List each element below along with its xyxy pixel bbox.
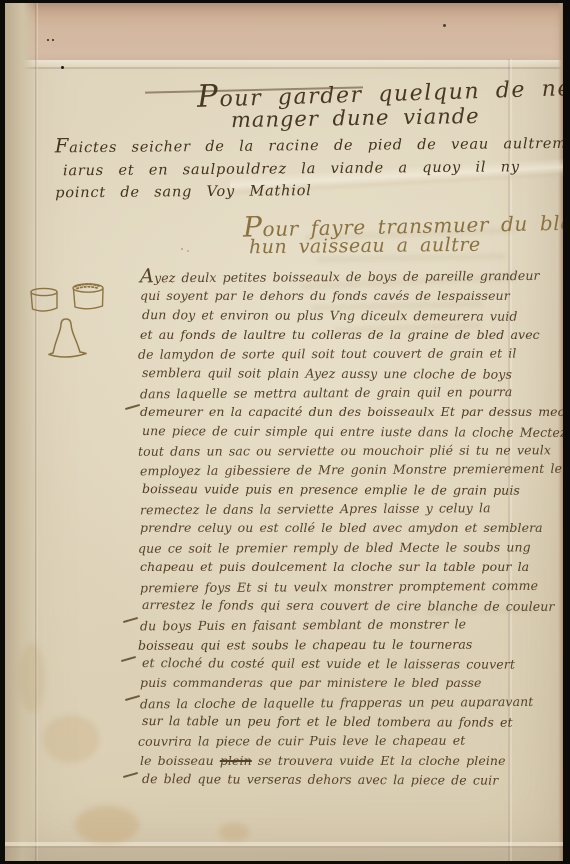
recipe2-line: de lamydon de sorte quil soit tout couve… <box>138 344 563 365</box>
recipe1-line: poinct de sang Voy Mathiol <box>55 178 563 205</box>
margin-tick <box>121 656 136 662</box>
recipe2-line: dun doy et environ ou plus Vng diceulx d… <box>142 305 563 326</box>
recipe2-line: tout dans un sac ou serviette ou mouchoi… <box>138 440 563 461</box>
ink-speck <box>443 24 446 27</box>
recipe2-line: semblera quil soit plain Ayez aussy une … <box>142 363 563 384</box>
foxing-stain <box>43 715 99 763</box>
recipe2-paragraph: Ayez deulx petites boisseaulx de boys de… <box>140 265 563 789</box>
bushel-box-empty-sketch <box>31 288 57 311</box>
horizontal-crease-shadow <box>5 67 563 69</box>
recipe1-title-line2: manger dune viande <box>231 104 480 132</box>
gutter-fold-line <box>35 3 38 861</box>
recipe2-line: que ce soit le premier remply de bled Me… <box>138 537 563 558</box>
recipe2-line: une piece de cuir simple qui entre iuste… <box>142 421 563 442</box>
recipe2-line: employez la gibessiere de Mre gonin Mons… <box>140 459 563 481</box>
margin-tick <box>123 772 138 778</box>
margin-tick <box>125 404 140 410</box>
margin-tick <box>125 695 140 701</box>
ink-dot <box>47 39 49 41</box>
recipe1-paragraph: Faictes seicher de la racine de pied de … <box>55 131 563 205</box>
foxing-stain <box>75 806 139 844</box>
manuscript-page: Pour garder quelqun de ne manger dune vi… <box>5 3 563 861</box>
recipe2-line: du boys Puis en faisant semblant de mons… <box>140 614 563 636</box>
margin-tick <box>123 617 138 623</box>
faint-ink-dot <box>187 250 189 252</box>
manuscript-scan: Pour garder quelqun de ne manger dune vi… <box>0 0 570 864</box>
recipe2-line: boisseau vuide puis en presence emplie l… <box>142 479 563 500</box>
ink-dot <box>52 39 54 41</box>
recipe2-line: boisseau qui est soubs le chapeau tu le … <box>138 634 563 655</box>
recipe2-line: premiere foys Et si tu veulx monstrer pr… <box>140 575 563 597</box>
recipe2-line-with-strikethrough: le boisseau plein se trouvera vuide Et l… <box>140 751 563 770</box>
recipe2-line: remectez le dans la serviette Apres lais… <box>140 498 563 520</box>
binding-gutter <box>5 3 37 861</box>
recipe2-line: dans laquelle se mettra aultant de grain… <box>140 382 563 404</box>
recipe1-line: Faictes seicher de la racine de pied de … <box>55 131 563 160</box>
bottom-edge-shading <box>5 848 563 861</box>
recipe2-line: demeurer en la capacité dun des boisseau… <box>140 402 563 421</box>
recipe2-line: arrestez le fonds qui sera couvert de ci… <box>142 595 563 616</box>
line-text: le boisseau <box>140 753 220 768</box>
recipe2-line: et cloché du costé quil est vuide et le … <box>142 653 563 674</box>
faint-ink-dot <box>181 248 183 250</box>
recipe2-line: et au fonds de laultre tu colleras de la… <box>140 325 563 344</box>
recipe2-line: de bled que tu verseras dehors avec la p… <box>142 769 563 790</box>
recipe2-line: couvrira la piece de cuir Puis leve le c… <box>138 730 563 751</box>
recipe2-title-line2: hun vaisseau a aultre <box>249 234 481 258</box>
line-text: se trouvera vuide Et la cloche pleine <box>252 753 506 768</box>
ink-dot <box>61 66 64 69</box>
bushel-box-grain-sketch <box>73 284 103 309</box>
recipe2-line: sur la table un peu fort et le bled tomb… <box>142 711 563 732</box>
aged-top-band <box>5 3 563 60</box>
recipe2-line: dans la cloche de laquelle tu frapperas … <box>140 691 563 713</box>
recipe1-line: iarus et en saulpouldrez la viande a quo… <box>63 155 563 182</box>
recipe2-line: prendre celuy ou est collé le bled avec … <box>140 518 563 537</box>
recipe2-line: Ayez deulx petites boisseaulx de boys de… <box>140 264 563 288</box>
struck-out-word: plein <box>220 753 252 768</box>
bell-cloche-sketch <box>49 319 86 357</box>
foxing-stain <box>219 823 249 841</box>
recipe2-line: qui soyent par le dehors du fonds cavés … <box>140 286 563 305</box>
recipe2-line: chapeau et puis doulcement la cloche sur… <box>140 557 563 576</box>
recipe2-line: puis commanderas que par ministere le bl… <box>140 673 563 692</box>
margin-sketches <box>25 279 121 365</box>
foxing-stain <box>19 643 45 713</box>
